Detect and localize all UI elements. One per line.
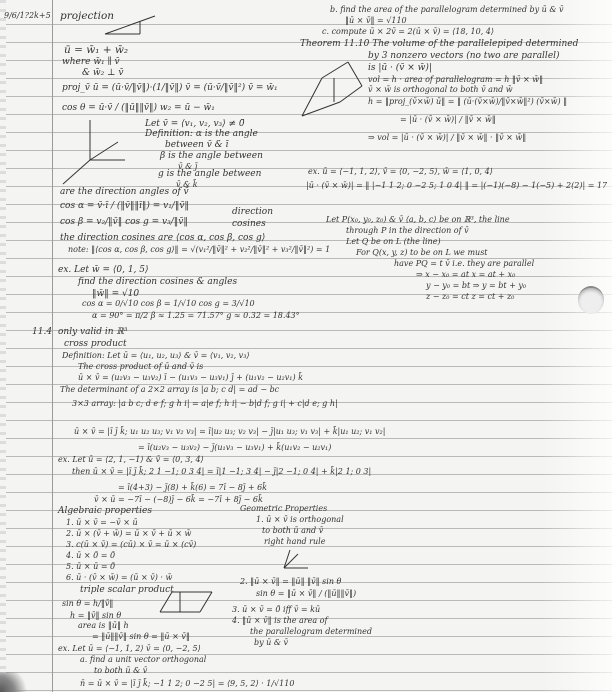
only-valid-r3: only valid in ℝ³ [58,326,128,338]
margin-section: 11.4 [32,326,52,338]
algebraic-properties-title: Algebraic properties [58,505,152,517]
cross-product-title: cross product [64,338,127,350]
geometric-property-2: 2. ‖ū × v̄‖ = ‖ū‖ ‖v̄‖ sin θ [240,576,341,588]
cos-beta-gamma: cos β = v₂/‖v̄‖ cos g = v₃/‖v̄‖ [60,216,188,228]
notebook-page: 9/6/1?2k+5 11.4 projection ū = w̄₁ + w̄₂… [0,0,612,692]
example-4-determinant: |ū · (v̄ × w̄)| = ‖ |−1 1 2; 0 −2 5; 1 0… [306,180,607,192]
volume-line-4: = |ū · (v̄ × w̄)| / ‖v̄ × w̄‖ [400,114,496,126]
volume-line-5: ⇒ vol = |ū · (v̄ × w̄)| / ‖v̄ × w̄‖ · ‖v… [368,132,526,144]
algebraic-property-6: 6. ū · (v̄ × w̄) = (ū × v̄) · w̄ [66,572,172,584]
page-left-edge [0,0,6,692]
example-4: ex. ū = ⟨−1, 1, 2⟩, v̄ = ⟨0, −2, 5⟩, w̄ … [308,166,493,178]
corner-shadow [0,672,30,692]
geometric-property-4c: by ū & v̄ [254,637,288,649]
example-1-find: find the direction cosines & angles [78,276,237,288]
parallelepiped-diagram [300,58,365,120]
cross-product-formula: ū × v̄ = (u₂v₃ − u₃v₂) ī − (u₁v₃ − u₃v₁)… [78,372,303,384]
cross-expanded: = ī(u₂v₃ − u₃v₂) − j̄(u₁v₃ − u₃v₁) + k̄(… [138,442,331,454]
example-1-angles: α = 90° = π/2 β ≈ 1.25 = 71.57° g ≈ 0.32… [92,310,300,322]
parallelogram-diagram [158,588,218,616]
norm-note: note: ‖⟨cos α, cos β, cos g⟩‖ = √(v₁²/‖v… [68,244,330,256]
parametric-z: z − z₀ = ct z = ct + z₀ [426,291,514,303]
example-1: ex. Let w̄ = ⟨0, 1, 5⟩ [58,264,149,276]
definition-beta: β is the angle between [160,150,263,162]
direction-angles-diagram [60,118,130,188]
punch-hole [578,286,604,314]
sin-theta-h: sin θ = h/‖v̄‖ [62,598,113,610]
example-2-then: then ū × v̄ = |ī j̄ k̄; 2 1 −1; 0 3 4| =… [72,466,371,478]
geometric-property-1c: right hand rule [264,536,325,548]
cos-alpha: cos α = v̄·ī / (‖v̄‖‖ī‖) = v₁/‖v̄‖ [60,200,189,212]
cos-theta-formula: cos θ = ū·v̄ / (‖ū‖‖v̄‖) w₂ = ū − w̄₁ [62,102,215,114]
theorem-11-10-2: by 3 nonzero vectors (no two are paralle… [368,50,560,62]
example-2: ex. Let ū = ⟨2, 1, −1⟩ & v̄ = ⟨0, 3, 4⟩ [58,454,204,466]
example-3-part-a-2: to both ū & v̄ [94,665,147,677]
geometric-property-2b: sin θ = ‖ū × v̄‖ / (‖ū‖‖v̄‖) [256,588,356,600]
determinant-3x3: 3×3 array: |a b c; d e f; g h i| = a|e f… [72,398,338,410]
direction-cosines-label: direction cosines [232,206,292,230]
area-equation: = ‖ū‖‖v̄‖ sin θ = ‖ū × v̄‖ [92,631,190,643]
theorem-11-10-3: is |ū · (v̄ × w̄)| [368,62,432,74]
margin-line [52,0,53,692]
volume-line-3: h = ‖proj_(v̄×w̄) ū‖ = ‖ (ū·(v̄×w̄)/‖v̄×… [368,96,567,108]
right-hand-rule-diagram [280,548,310,572]
u-decomposition: ū = w̄₁ + w̄₂ [64,44,128,56]
example-2-result: = ī(4+3) − j̄(8) + k̄(6) = 7ī − 8j̄ + 6k… [118,482,267,494]
theorem-11-10: Theorem 11.10 The volume of the parallel… [300,38,578,50]
direction-angles-text: are the direction angles of v̄ [60,186,189,198]
margin-date: 9/6/1?2k+5 [4,10,51,22]
example-1-cosines: cos α = 0/√10 cos β = 1/√10 cos g = 3/√1… [82,298,255,310]
direction-cosines-are: the direction cosines are ⟨cos α, cos β,… [60,232,265,244]
where-perpendicular: & w̄₂ ⊥ v̄ [82,67,123,79]
projection-formula: proj_v̄ ū = (ū·v̄/‖v̄‖)·(1/‖v̄‖) v̄ = (ū… [62,82,278,94]
example-3-normal: n̄ = ū × v̄ = |ī j̄ k̄; −1 1 2; 0 −2 5| … [80,678,294,690]
definition-gamma: g is the angle between [158,168,261,180]
volume-line-2: v̄ × w̄ is orthogonal to both v̄ and w̄ [368,84,513,96]
projection-diagram [100,12,160,40]
cross-determinant: ū × v̄ = |ī j̄ k̄; u₁ u₂ u₃; v₁ v₂ v₃| =… [74,426,385,438]
part-c: c. compute ū × 2v̄ = 2(ū × v̄) = ⟨18, 10… [322,26,494,38]
determinant-2x2: The determinant of a 2×2 array is |a b; … [60,384,279,396]
